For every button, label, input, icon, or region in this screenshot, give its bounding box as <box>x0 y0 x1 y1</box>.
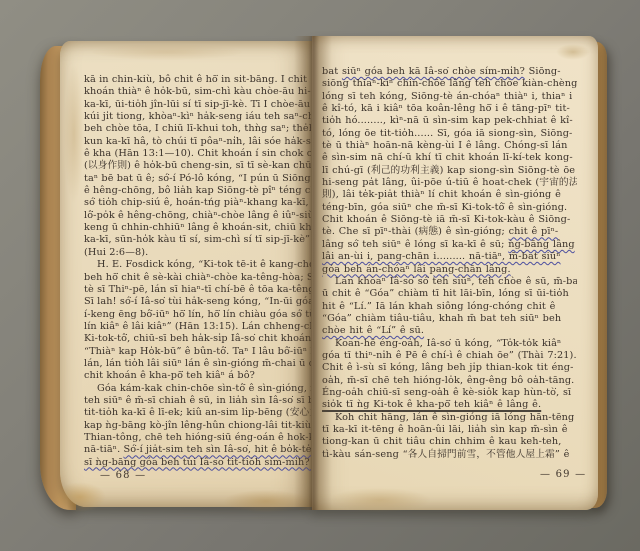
text-line: ê kî-tó, kā i kiâⁿ tōa koân-lêng hō͘ i ê… <box>322 103 577 115</box>
text-line: Koh chit hāng, lán ê sìn-gióng iā lóng h… <box>322 412 577 424</box>
text-line: oa̍h, m̄-sī chē teh hióng-lo̍k, êng-êng … <box>322 375 577 387</box>
paragraph: H. E. Fosdick kóng, “Ki-tok tē-it ê kang… <box>84 259 311 382</box>
text-line: chit khoán ê kha-pō͘ teh kiâⁿ á bô? <box>84 370 311 382</box>
open-book: kā in chin-kiù, bô chit ê hō͘ in sit-bān… <box>0 0 640 551</box>
text-line: Éng-oa̍h chiū-sī seng-oa̍h ê kè-sio̍k ka… <box>322 387 577 399</box>
underlined-text: Só͘-í jia̍t-sim teh sìn Iâ-so͘, hit ê bo… <box>124 444 312 455</box>
plain-text: tè. Che sī pīⁿ-thài (病態) ê sìn-gióng; <box>322 226 509 237</box>
text-line: Sī lah! só͘-í Iâ-so͘ tùi ha̍k-seng kóng,… <box>84 296 311 308</box>
text-line: beh hō͘ chit ê sè-kài chiàⁿ-chòe ka-têng… <box>84 272 311 284</box>
text-line: lâng só͘ teh siūⁿ ê lóng sī ka-kī ê sū; … <box>322 239 577 251</box>
text-line: Chit ê ì-sù sī kóng, lâng beh ji̍p thian… <box>322 362 577 374</box>
text-line: bat siūⁿ góa beh kā Iâ-so͘ chòe sím-mi̍h… <box>322 66 577 78</box>
text-line: kúi ji̍t tiong, khòaⁿ-kìⁿ ha̍k-seng iáu … <box>84 111 311 123</box>
page-number: — 69 — <box>540 469 586 480</box>
underlined-text: chòe hit ê “Lí” ê sū. <box>322 325 424 336</box>
text-line: lâi an-ùi i, pang-chān i......... nā-tiā… <box>322 251 577 263</box>
text-line: tè. Che sī pīⁿ-thài (病態) ê sìn-gióng; ch… <box>322 226 577 238</box>
underlined-text: siūⁿ góa beh kā Iâ-so͘ chòe sím-mi̍h? <box>342 66 525 77</box>
text-line: lán, lán tio̍h lâi siūⁿ lán ê sìn-gióng … <box>84 358 311 370</box>
paragraph: Koh chit hāng, lán ê sìn-gióng iā lóng h… <box>322 412 577 461</box>
text-line: tī ka-kī it-tēng ê hoān-ûi lāi, lia̍h sì… <box>322 424 577 436</box>
text-line: (以身作則) ê ho̍k-bū cheng-sin, sī tī sè-kan… <box>84 160 311 172</box>
underlined-text: ǹg-bāng lâng <box>508 239 574 250</box>
text-line: tè ū thiàⁿ hoān-nā kèng-ùi I ê lâng. Chó… <box>322 140 577 152</box>
text-line: Koan-hē éng-oa̍h, Iâ-so͘ ū kóng, “To̍k-t… <box>322 338 577 350</box>
text-line: tit-tio̍h ka-kī ê lī-ek; kiû an-sim li̍p… <box>84 407 311 419</box>
text-line: lóng sī teh kóng, Siōng-tè án-chóaⁿ thià… <box>322 91 577 103</box>
text-line: keng ū chhin-chhiūⁿ lâng ê khoán-sit, ch… <box>84 222 311 234</box>
text-line: sio̍k tī ǹg Ki-tok ê kha-pō͘ teh kiâⁿ ê … <box>322 399 577 411</box>
text-line: téng-bīn, góa siūⁿ che m̄-sī Ki-tok-tô͘ … <box>322 202 577 214</box>
right-page-text-column: bat siūⁿ góa beh kā Iâ-so͘ chòe sím-mi̍h… <box>322 66 577 468</box>
text-line: ê sìn-sim nā chí-ū khí tī chit khoán lī-… <box>322 152 577 164</box>
text-line: hi-seng pa̍t lâng, ûi-pōe ú-tiū ê hoat-c… <box>322 177 577 189</box>
underlined-text: sī ǹg-bāng góa beh tùi Iâ-so͘ tit-tio̍h … <box>84 457 311 468</box>
text-line: ka-kī, ūi-tio̍h jîn-lūi sí tī sip-jī-kè.… <box>84 99 311 111</box>
text-line: (Hui 2:6—8). <box>84 247 311 259</box>
text-line: nā-tiāⁿ. Só͘-í jia̍t-sim teh sìn Iâ-so͘,… <box>84 444 311 456</box>
text-line: hit ê “Lí.” Iā lán khah siông lóng-chóng… <box>322 301 577 313</box>
text-line: tio̍h hó........, kìⁿ-nā ū sìn-sim kap p… <box>322 115 577 127</box>
text-line: beh chòe tōa, I chiū lī-khui toh, thǹg s… <box>84 123 311 135</box>
text-line: tó, lóng ōe tit-tio̍h...... Sī, góa iā s… <box>322 128 577 140</box>
text-line: góa beh án-chóaⁿ lâi pang-chān lâng. <box>322 264 577 276</box>
text-line: Thian-tông, chē teh hióng-siū éng-oán ê … <box>84 432 311 444</box>
plain-text: bat <box>322 66 342 77</box>
text-line: í-keng ēng bô͘-iūⁿ hō͘ lín, hō͘ lín chià… <box>84 309 311 321</box>
text-line: ê kha (Hān 13:1—10). Chit khoán í sin ch… <box>84 148 311 160</box>
text-line: H. E. Fosdick kóng, “Ki-tok tē-it ê kang… <box>84 259 311 271</box>
paragraph: Lán khòaⁿ Iâ-so͘ só͘ teh siūⁿ, teh chòe … <box>322 276 577 325</box>
text-line: Góa kám-kak chin-chōe sìn-tô͘ ê sìn-gión… <box>84 383 311 395</box>
paragraph: Góa kám-kak chin-chōe sìn-tô͘ ê sìn-gión… <box>84 383 311 445</box>
text-line: Lán khòaⁿ Iâ-so͘ só͘ teh siūⁿ, teh chòe … <box>322 276 577 288</box>
text-line: chòe hit ê “Lí” ê sū. <box>322 325 577 337</box>
text-line: Ki-tok-tô͘, chiū-sī beh ha̍k-si̍p Iâ-so͘… <box>84 333 311 345</box>
plain-text: lâng só͘ teh siūⁿ ê lóng sī ka-kī ê sū; <box>322 239 508 250</box>
text-line: tè sī Thiⁿ-pē, lán sī hiaⁿ-tī chí-bē ê t… <box>84 284 311 296</box>
text-line: lín kiâⁿ ê lâi kiâⁿ” (Hān 13:15). Lán ch… <box>84 321 311 333</box>
text-line: ê hêng-chōng, bô lia̍h kap Siōng-tè pîⁿ … <box>84 185 311 197</box>
text-line: “Thiàⁿ kap Ho̍k-bū” ê bûn-tô͘. Taⁿ I lâu… <box>84 346 311 358</box>
underlined-text: góa beh án-chóaⁿ lâi pang-chān lâng. <box>322 264 511 275</box>
text-line: góa tī thiⁿ-ni̍h ê Pē ê chí-ì ê chiah ōe… <box>322 350 577 362</box>
text-line: tì-kàu sán-seng “各人自掃門前雪，不管他人屋上霜” ê <box>322 449 577 461</box>
underlined-text: chit ê pīⁿ- <box>509 226 559 237</box>
underlined-text: lâi an-ùi i, pang-chān i......... nā-tiā… <box>322 251 561 262</box>
text-line: taⁿ bē bat ū ê; só͘-í Pó-lô kóng, “I pún… <box>84 173 311 185</box>
text-line: sī ǹg-bāng góa beh tùi Iâ-so͘ tit-tio̍h … <box>84 457 311 469</box>
text-line: kun ka-kī hâ, tò chúi tī pôaⁿ-ni̍h, lâi … <box>84 136 311 148</box>
text-line: tiong-kan ū chit tiâu chin chhim ê kau k… <box>322 436 577 448</box>
text-line: lī chú-gī (利己的功利主義) kap siong-sìn Siōng-… <box>322 165 577 177</box>
pencil-underlined-text: sio̍k tī ǹg Ki-tok ê kha-pō͘ teh kiâⁿ ê … <box>322 399 541 410</box>
text-line: ū chit ê “Góa” chiàm tī hit lāi-bīn, lón… <box>322 288 577 300</box>
plain-text: nā-tiāⁿ. <box>84 444 124 455</box>
text-line: teh siūⁿ ê m̄-sī chiah ê sū, in lia̍h sì… <box>84 395 311 407</box>
paragraph: siōng thiaⁿ-kìⁿ chin-chōe lâng teh chòe … <box>322 78 577 226</box>
page-number: — 68 — <box>100 470 146 481</box>
left-page-text-column: kā in chin-kiù, bô chit ê hō͘ in sit-bān… <box>84 74 311 476</box>
paragraph: kā in chin-kiù, bô chit ê hō͘ in sit-bān… <box>84 74 311 259</box>
text-line: kap ǹg-bāng kò-jîn lêng-hûn chiong-lâi t… <box>84 420 311 432</box>
paragraph: Koan-hē éng-oa̍h, Iâ-so͘ ū kóng, “To̍k-t… <box>322 338 577 400</box>
plain-text: Siōng- <box>525 66 561 77</box>
text-line: lô͘-po̍k ê hêng-chōng, chiàⁿ-chòe lâng ê… <box>84 210 311 222</box>
text-line: Chit khoán ê Siōng-tè iā m̄-sī Ki-tok-kà… <box>322 214 577 226</box>
text-line: “Góa” chiàm tiâu-tiâu, khah m̄ bat teh s… <box>322 313 577 325</box>
text-line: ka-kī, sūn-ho̍k kàu tī sí, sim-chì sí tī… <box>84 234 311 246</box>
text-line: kā in chin-kiù, bô chit ê hō͘ in sit-bān… <box>84 74 311 86</box>
text-line: 則), lâi te̍k-pia̍t thiàⁿ lí chit khoán ê… <box>322 189 577 201</box>
text-line: khoán thiàⁿ ê ho̍k-bū, sim-chì kàu chòe-… <box>84 86 311 98</box>
text-line: só͘ tio̍h chip-siú ê, hoán-tńg piàⁿ-khan… <box>84 197 311 209</box>
text-line: siōng thiaⁿ-kìⁿ chin-chōe lâng teh chòe … <box>322 78 577 90</box>
